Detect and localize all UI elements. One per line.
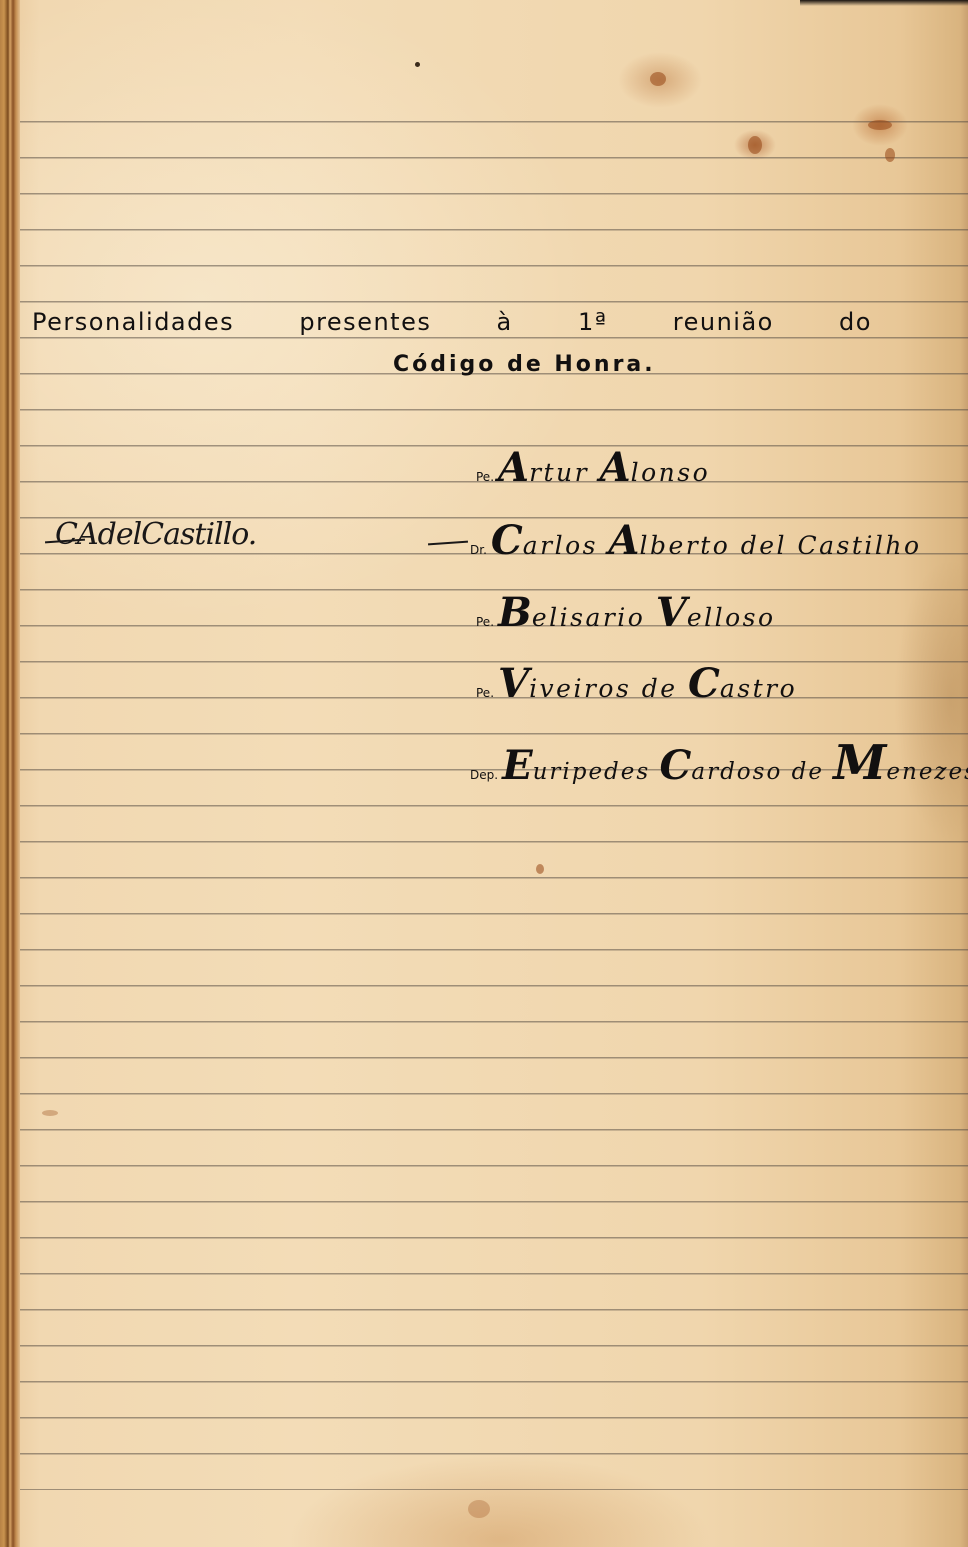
attendee-entry: Dr.Carlos Alberto del Castilho — [470, 525, 922, 560]
name-part: arlos — [523, 531, 609, 560]
foxing-stain — [536, 864, 544, 874]
name-part: elloso — [687, 603, 776, 632]
name-part: lonso — [631, 458, 711, 487]
initial-capital: B — [498, 589, 532, 636]
attendee-entry: Pe.Viveiros de Castro — [476, 668, 797, 703]
initial-capital: C — [491, 517, 523, 564]
heading-word: do — [839, 308, 872, 336]
title-prefix: Pe. — [476, 686, 494, 700]
title-prefix: Dr. — [470, 543, 487, 557]
name-part: uripedes — [533, 759, 660, 785]
title-prefix: Pe. — [476, 470, 494, 484]
name-part: iveiros de — [529, 674, 688, 703]
title-prefix: Pe. — [476, 615, 494, 629]
page-binding-edge — [0, 0, 20, 1547]
name-part: rtur — [529, 458, 600, 487]
initial-capital: M — [833, 735, 886, 791]
attendee-entry: Dep.Euripedes Cardoso de Menezes — [470, 744, 968, 785]
initial-capital: A — [498, 444, 529, 491]
heading-word: 1ª — [578, 308, 608, 336]
ledger-page: Personalidades presentes à 1ª reunião do… — [0, 0, 968, 1547]
foxing-stain — [868, 120, 892, 130]
initial-capital: A — [608, 517, 639, 564]
foxing-stain — [42, 1110, 58, 1116]
initial-capital: V — [656, 589, 687, 636]
name-part: ardoso de — [691, 759, 833, 785]
handwritten-signature: CAdelCastillo. — [55, 517, 256, 552]
heading-subtitle: Código de Honra. — [393, 352, 656, 377]
heading-line: Personalidades presentes à 1ª reunião do — [32, 308, 872, 336]
foxing-stain — [885, 148, 895, 162]
attendee-entry: Pe.Artur Alonso — [476, 452, 710, 487]
initial-capital: A — [600, 444, 631, 491]
initial-capital: C — [660, 742, 692, 789]
heading-word: reunião — [673, 308, 774, 336]
name-part: lberto del Castilho — [639, 531, 921, 560]
foxing-stain — [748, 136, 762, 154]
initial-capital: V — [498, 660, 529, 707]
ink-speck — [415, 62, 420, 67]
name-part: astro — [720, 674, 797, 703]
heading-word: à — [497, 308, 513, 336]
attendee-entry: Pe.Belisario Velloso — [476, 597, 776, 632]
foxing-stain — [468, 1500, 490, 1518]
title-prefix: Dep. — [470, 768, 498, 782]
foxing-stain — [650, 72, 666, 86]
name-part: enezes — [886, 759, 968, 785]
heading-word: presentes — [299, 308, 431, 336]
initial-capital: C — [688, 660, 720, 707]
heading-word: Personalidades — [32, 308, 234, 336]
initial-capital: E — [502, 742, 533, 789]
name-part: elisario — [532, 603, 656, 632]
